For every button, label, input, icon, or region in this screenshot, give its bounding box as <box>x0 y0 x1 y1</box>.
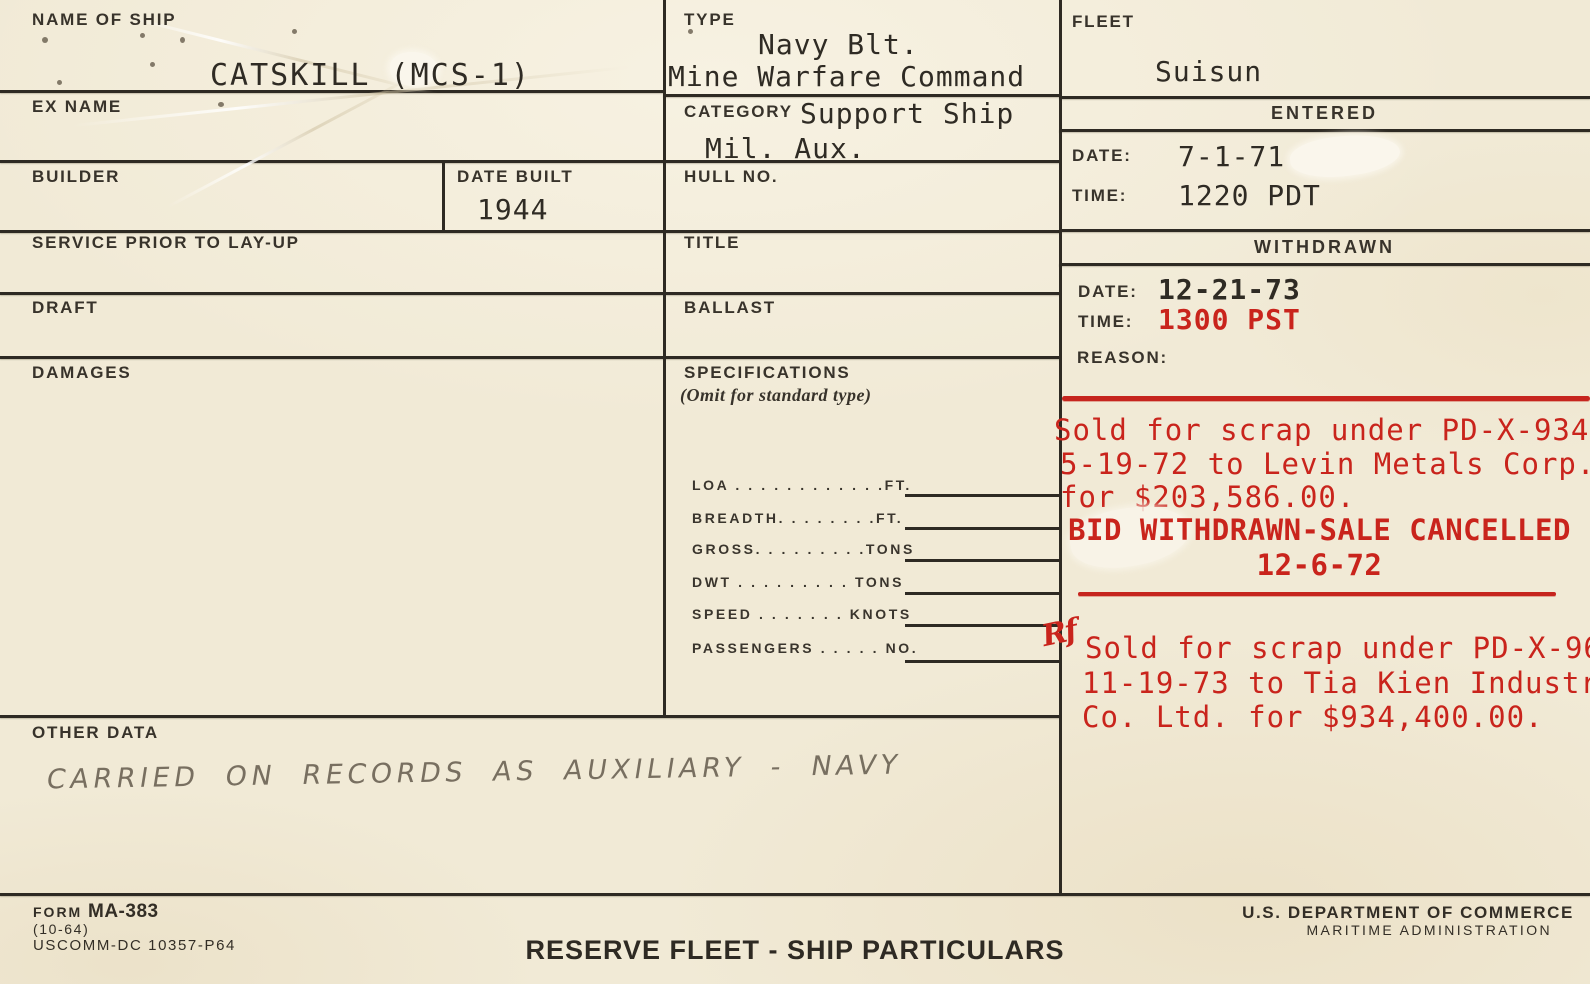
ex-name-label: EX NAME <box>32 97 122 117</box>
sale-note1-line3: for $203,586.00. <box>1060 480 1355 514</box>
date-built-label: DATE BUILT <box>457 167 574 187</box>
entered-date-value: 7-1-71 <box>1178 140 1285 173</box>
withdrawn-date-label: DATE: <box>1078 282 1138 302</box>
builder-label: BUILDER <box>32 167 120 187</box>
grid-line <box>0 160 1061 163</box>
whiteout-smudge <box>1288 130 1402 181</box>
spec-passengers-blank-line <box>905 660 1059 663</box>
grid-line <box>1059 229 1590 232</box>
service-prior-label: SERVICE PRIOR TO LAY-UP <box>32 233 300 253</box>
agency-name: U.S. DEPARTMENT OF COMMERCE <box>1242 903 1574 923</box>
spec-loa-label: LOA . . . . . . . . . . . .FT. <box>692 477 912 493</box>
entered-header: ENTERED <box>1059 103 1590 124</box>
title-label: TITLE <box>684 233 740 253</box>
fleet-label: FLEET <box>1072 12 1135 32</box>
spec-dwt-blank-line <box>905 592 1059 595</box>
sale-note2-line1: Sold for scrap under PD-X-965, <box>1085 631 1590 665</box>
sale-note1-line2: 5-19-72 to Levin Metals Corp. <box>1060 447 1590 481</box>
spec-speed-label: SPEED . . . . . . . KNOTS <box>692 606 912 622</box>
name-of-ship-label: NAME OF SHIP <box>32 10 176 30</box>
withdrawn-time-label: TIME: <box>1078 312 1133 332</box>
spec-passengers-label: PASSENGERS . . . . . NO. <box>692 640 918 656</box>
spec-gross-blank-line <box>905 559 1059 562</box>
grid-line <box>0 715 1061 718</box>
sale-note1-line1: Sold for scrap under PD-X-934, <box>1054 413 1590 447</box>
entered-time-value: 1220 PDT <box>1178 179 1321 212</box>
stain-speck <box>218 102 224 107</box>
category-value-line2: Mil. Aux. <box>705 132 866 165</box>
spec-speed-blank-line <box>905 624 1059 627</box>
withdrawn-reason-label: REASON: <box>1077 348 1168 368</box>
specifications-note: (Omit for standard type) <box>680 385 872 406</box>
hull-no-label: HULL NO. <box>684 167 778 187</box>
grid-line <box>1059 263 1590 266</box>
specifications-label: SPECIFICATIONS <box>684 363 851 383</box>
category-label: CATEGORY <box>684 102 793 122</box>
date-built-value: 1944 <box>477 193 548 226</box>
grid-line <box>663 0 666 717</box>
draft-label: DRAFT <box>32 298 99 318</box>
stain-speck <box>140 33 145 38</box>
spec-breadth-label: BREADTH. . . . . . . .FT. <box>692 510 903 526</box>
sale-note2-line2: 11-19-73 to Tia Kien Industry <box>1082 666 1590 700</box>
grid-line <box>0 356 1061 359</box>
red-rule <box>1062 396 1590 401</box>
damages-label: DAMAGES <box>32 363 132 383</box>
stain-speck <box>42 37 48 43</box>
spec-dwt-label: DWT . . . . . . . . . TONS <box>692 574 904 590</box>
stain-speck <box>150 62 155 67</box>
stain-speck <box>292 29 297 34</box>
red-rule <box>1078 592 1556 596</box>
sale-cancelled-line1: BID WITHDRAWN-SALE CANCELLED <box>1059 513 1580 547</box>
spec-gross-label: GROSS. . . . . . . . .TONS <box>692 541 915 557</box>
grid-line <box>1059 129 1590 132</box>
spec-loa-blank-line <box>905 494 1059 497</box>
type-label: TYPE <box>684 10 736 30</box>
grid-line <box>442 161 445 231</box>
spec-breadth-blank-line <box>905 527 1059 530</box>
entered-date-label: DATE: <box>1072 146 1132 166</box>
name-of-ship-value: CATSKILL (MCS-1) <box>210 58 531 93</box>
type-value-line2: Mine Warfare Command <box>668 60 1025 93</box>
ballast-label: BALLAST <box>684 298 776 318</box>
grid-line <box>1059 96 1590 99</box>
form-number-value: MA-383 <box>88 901 159 922</box>
other-data-handwritten-value: CARRIED ON RECORDS AS AUXILIARY - NAVY <box>44 750 904 796</box>
grid-line <box>0 292 1061 295</box>
form-label: FORM <box>33 904 82 920</box>
withdrawn-time-value: 1300 PST <box>1158 303 1301 336</box>
withdrawn-date-value: 12-21-73 <box>1158 273 1301 306</box>
red-annotation-mark: Rf <box>1039 613 1079 654</box>
form-number: FORM MA-383 <box>33 901 159 923</box>
agency-division: MARITIME ADMINISTRATION <box>1307 922 1553 938</box>
sale-note2-line3: Co. Ltd. for $934,400.00. <box>1082 700 1544 734</box>
withdrawn-header: WITHDRAWN <box>1059 237 1590 258</box>
stain-speck <box>180 37 185 43</box>
fleet-value: Suisun <box>1155 55 1262 88</box>
grid-line <box>0 893 1590 896</box>
other-data-label: OTHER DATA <box>32 723 159 743</box>
form-title: RESERVE FLEET - SHIP PARTICULARS <box>0 935 1590 966</box>
entered-time-label: TIME: <box>1072 186 1127 206</box>
stain-speck <box>57 80 62 85</box>
type-value-line1: Navy Blt. <box>758 28 919 61</box>
sale-cancelled-line2: 12-6-72 <box>1059 548 1580 582</box>
category-value-line1: Support Ship <box>800 97 1014 130</box>
ship-particulars-card: NAME OF SHIP CATSKILL (MCS-1) EX NAME BU… <box>0 0 1590 984</box>
